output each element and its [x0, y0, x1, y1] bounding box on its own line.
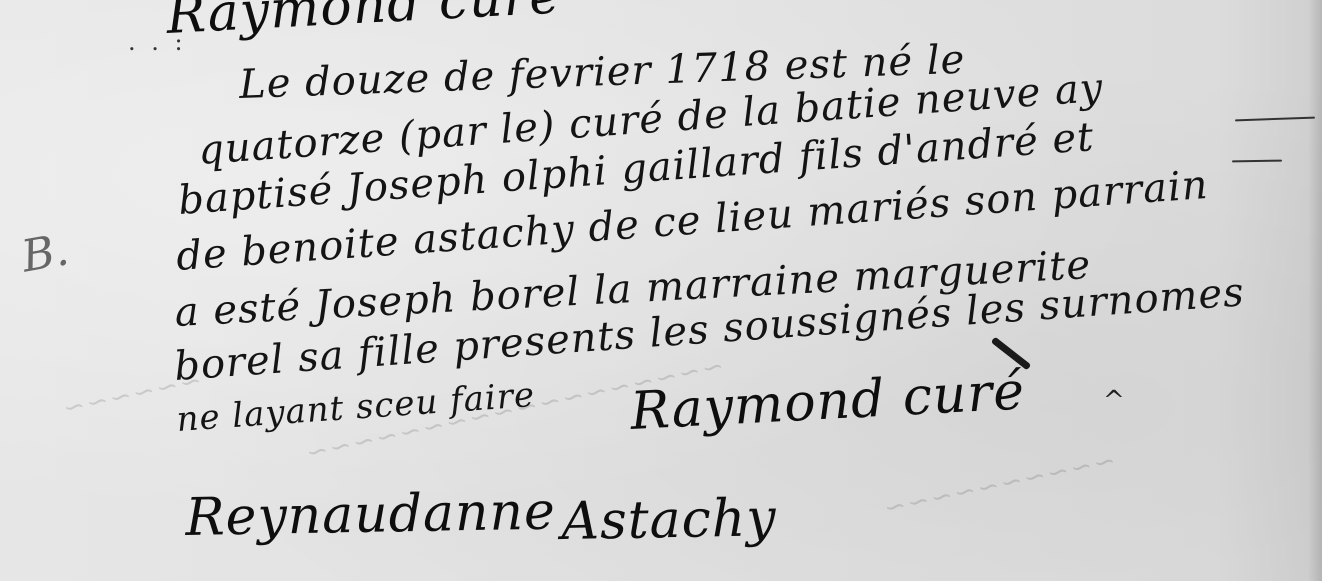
line-fill-dash	[1232, 160, 1282, 163]
page-edge-shadow	[1308, 0, 1322, 581]
witness-signature-2: Astachy	[561, 488, 777, 552]
header-signature: Raymond curé	[165, 0, 562, 46]
insertion-caret: ^	[1103, 386, 1125, 416]
margin-note: B.	[18, 224, 72, 282]
witness-signature-1: Reynaudanne	[185, 482, 556, 548]
line-fill-dash	[1235, 117, 1315, 122]
register-page: ~~~~~~~~~~~~~~~~~~ ~~~~~~~~~~ ~~~~~~ . .…	[0, 0, 1322, 581]
bleed-through-text: ~~~~~~~~~~	[879, 446, 1118, 525]
